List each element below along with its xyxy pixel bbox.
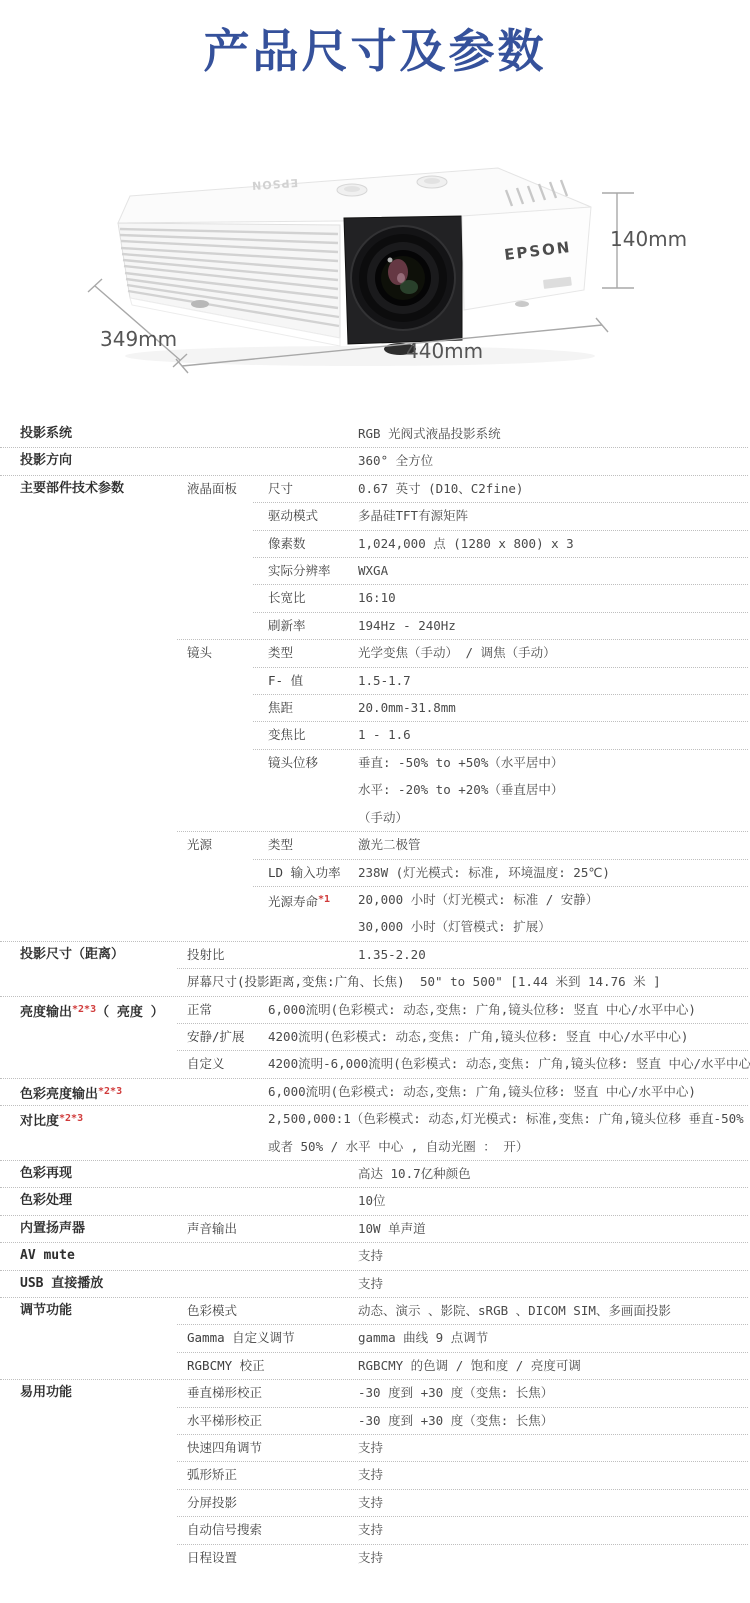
row-separator bbox=[0, 1160, 748, 1161]
spec-row: RGBCMY 校正RGBCMY 的色调 / 饱和度 / 亮度可调 bbox=[0, 1352, 750, 1379]
spec-row: 自定义4200流明-6,000流明(色彩模式: 动态,变焦: 广角,镜头位移: … bbox=[0, 1050, 750, 1077]
spec-category-label: 色彩处理 bbox=[20, 1187, 72, 1214]
spec-subcategory-label: 自动信号搜索 bbox=[187, 1516, 262, 1543]
spec-value-line: 支持 bbox=[358, 1434, 750, 1461]
spec-category-label: 投影方向 bbox=[20, 447, 72, 474]
spec-value-line: 238W (灯光模式: 标准, 环境温度: 25℃) bbox=[358, 859, 750, 886]
spec-item-label: 实际分辨率 bbox=[268, 557, 331, 584]
spec-value-cell: gamma 曲线 9 点调节 bbox=[358, 1324, 750, 1351]
spec-value-cell: 20,000 小时（灯光模式: 标准 / 安静）30,000 小时（灯管模式: … bbox=[358, 886, 750, 941]
row-separator bbox=[253, 502, 748, 503]
spec-row: 长宽比16:10 bbox=[0, 584, 750, 611]
spec-value-line: 支持 bbox=[358, 1489, 750, 1516]
row-separator bbox=[253, 694, 748, 695]
row-separator bbox=[177, 1489, 748, 1490]
spec-value-cell: 高达 10.7亿种颜色 bbox=[358, 1160, 750, 1187]
spec-value-cell: 6,000流明(色彩模式: 动态,变焦: 广角,镜头位移: 竖直 中心/水平中心… bbox=[268, 996, 750, 1023]
projector-figure: EPSON bbox=[0, 128, 750, 393]
spec-value-line: 多晶硅TFT有源矩阵 bbox=[358, 502, 750, 529]
spec-value-line: -30 度到 +30 度（变焦: 长焦） bbox=[358, 1379, 750, 1406]
spec-subcategory-label: 声音输出 bbox=[187, 1215, 237, 1242]
spec-value-line: 4200流明-6,000流明(色彩模式: 动态,变焦: 广角,镜头位移: 竖直 … bbox=[268, 1050, 750, 1077]
spec-value-line: 动态、演示 、影院、sRGB 、DICOM SIM、多画面投影 bbox=[358, 1297, 750, 1324]
spec-value-cell: 动态、演示 、影院、sRGB 、DICOM SIM、多画面投影 bbox=[358, 1297, 750, 1324]
spec-value-cell: RGBCMY 的色调 / 饱和度 / 亮度可调 bbox=[358, 1352, 750, 1379]
spec-value-line: （手动） bbox=[358, 804, 750, 831]
spec-row: 镜头位移垂直: -50% to +50%（水平居中）水平: -20% to +2… bbox=[0, 749, 750, 831]
spec-value-cell: 垂直: -50% to +50%（水平居中）水平: -20% to +20%（垂… bbox=[358, 749, 750, 831]
spec-row: 屏幕尺寸(投影距离,变焦:广角、长焦)50" to 500" [1.44 米到 … bbox=[0, 968, 750, 995]
spec-row: 镜头类型光学变焦（手动） / 调焦（手动） bbox=[0, 639, 750, 666]
spec-value-line: 1 - 1.6 bbox=[358, 721, 750, 748]
spec-value-line: 10位 bbox=[358, 1187, 750, 1214]
spec-row: 色彩亮度输出*2*36,000流明(色彩模式: 动态,变焦: 广角,镜头位移: … bbox=[0, 1078, 750, 1105]
spec-row: AV mute支持 bbox=[0, 1242, 750, 1269]
spec-subcategory-label: Gamma 自定义调节 bbox=[187, 1324, 295, 1351]
spec-value-line: 360° 全方位 bbox=[358, 447, 750, 474]
row-separator bbox=[177, 1023, 748, 1024]
lens-icon bbox=[351, 226, 455, 330]
spec-category-label: 对比度*2*3 bbox=[20, 1105, 83, 1135]
spec-category-label: 亮度输出*2*3（ 亮度 ） bbox=[20, 996, 164, 1026]
row-separator bbox=[0, 1215, 748, 1216]
spec-value-cell: 6,000流明(色彩模式: 动态,变焦: 广角,镜头位移: 竖直 中心/水平中心… bbox=[268, 1078, 750, 1105]
spec-value-line: 16:10 bbox=[358, 584, 750, 611]
spec-row: 驱动模式多晶硅TFT有源矩阵 bbox=[0, 502, 750, 529]
row-separator bbox=[253, 667, 748, 668]
spec-subcategory-label: 水平梯形校正 bbox=[187, 1407, 262, 1434]
spec-subcategory-label: 弧形矫正 bbox=[187, 1461, 237, 1488]
spec-value-line: 0.67 英寸 (D10、C2fine) bbox=[358, 475, 750, 502]
spec-value-cell: 支持 bbox=[358, 1461, 750, 1488]
spec-value-cell: 1.35-2.20 bbox=[358, 941, 750, 968]
spec-item-label: F- 值 bbox=[268, 667, 303, 694]
spec-row: 光源寿命*120,000 小时（灯光模式: 标准 / 安静）30,000 小时（… bbox=[0, 886, 750, 941]
spec-value-cell: 支持 bbox=[358, 1516, 750, 1543]
spec-item-label: 变焦比 bbox=[268, 721, 306, 748]
row-separator bbox=[253, 530, 748, 531]
spec-item-label: 焦距 bbox=[268, 694, 293, 721]
row-separator bbox=[177, 1434, 748, 1435]
row-separator bbox=[0, 1297, 748, 1298]
spec-value-line: 50" to 500" [1.44 米到 14.76 米 ] bbox=[420, 968, 750, 995]
spec-row: 投影尺寸（距离）投射比1.35-2.20 bbox=[0, 941, 750, 968]
spec-item-label: 类型 bbox=[268, 831, 293, 858]
spec-value-line: RGB 光阀式液晶投影系统 bbox=[358, 420, 750, 447]
spec-row: 投影方向360° 全方位 bbox=[0, 447, 750, 474]
footnote-marker: *1 bbox=[318, 894, 330, 905]
spec-category-label: 易用功能 bbox=[20, 1379, 72, 1406]
spec-row: 调节功能色彩模式动态、演示 、影院、sRGB 、DICOM SIM、多画面投影 bbox=[0, 1297, 750, 1324]
spec-subcategory-label: 日程设置 bbox=[187, 1544, 237, 1571]
spec-subcategory-label: 正常 bbox=[187, 996, 212, 1023]
spec-value-cell: 1,024,000 点 (1280 x 800) x 3 bbox=[358, 530, 750, 557]
spec-item-label: 像素数 bbox=[268, 530, 306, 557]
row-separator bbox=[0, 1242, 748, 1243]
spec-value-cell: 10W 单声道 bbox=[358, 1215, 750, 1242]
spec-row: 日程设置支持 bbox=[0, 1544, 750, 1571]
spec-value-line: 支持 bbox=[358, 1516, 750, 1543]
spec-category-label: 内置扬声器 bbox=[20, 1215, 85, 1242]
spec-value-cell: 4200流明(色彩模式: 动态,变焦: 广角,镜头位移: 竖直 中心/水平中心) bbox=[268, 1023, 750, 1050]
spec-row: 水平梯形校正-30 度到 +30 度（变焦: 长焦） bbox=[0, 1407, 750, 1434]
spec-value-line: 支持 bbox=[358, 1242, 750, 1269]
spec-item-label: 类型 bbox=[268, 639, 293, 666]
spec-value-line: 激光二极管 bbox=[358, 831, 750, 858]
spec-value-cell: 360° 全方位 bbox=[358, 447, 750, 474]
spec-subcategory-label: 分屏投影 bbox=[187, 1489, 237, 1516]
spec-value-line: 1.35-2.20 bbox=[358, 941, 750, 968]
spec-subcategory-label: 光源 bbox=[187, 831, 212, 858]
row-separator bbox=[177, 1544, 748, 1545]
spec-value-line: RGBCMY 的色调 / 饱和度 / 亮度可调 bbox=[358, 1352, 750, 1379]
spec-item-label: 镜头位移 bbox=[268, 749, 318, 776]
spec-category-label: 调节功能 bbox=[20, 1297, 72, 1324]
spec-row: 实际分辨率WXGA bbox=[0, 557, 750, 584]
spec-value-line: 10W 单声道 bbox=[358, 1215, 750, 1242]
spec-item-label: 光源寿命*1 bbox=[268, 886, 330, 915]
spec-value-line: 支持 bbox=[358, 1270, 750, 1297]
spec-row: 弧形矫正支持 bbox=[0, 1461, 750, 1488]
spec-subcategory-label: 镜头 bbox=[187, 639, 212, 666]
spec-row: 色彩再现高达 10.7亿种颜色 bbox=[0, 1160, 750, 1187]
spec-row: 快速四角调节支持 bbox=[0, 1434, 750, 1461]
row-separator bbox=[177, 1516, 748, 1517]
spec-subcategory-label: 屏幕尺寸(投影距离,变焦:广角、长焦) bbox=[187, 968, 405, 995]
spec-row: 亮度输出*2*3（ 亮度 ）正常6,000流明(色彩模式: 动态,变焦: 广角,… bbox=[0, 996, 750, 1023]
spec-value-line: 支持 bbox=[358, 1544, 750, 1571]
spec-item-label: LD 输入功率 bbox=[268, 859, 341, 886]
spec-value-line: 高达 10.7亿种颜色 bbox=[358, 1160, 750, 1187]
spec-item-label: 刷新率 bbox=[268, 612, 306, 639]
spec-category-label: 色彩再现 bbox=[20, 1160, 72, 1187]
spec-value-line: 光学变焦（手动） / 调焦（手动） bbox=[358, 639, 750, 666]
spec-subcategory-label: RGBCMY 校正 bbox=[187, 1352, 265, 1379]
spec-subcategory-label: 快速四角调节 bbox=[187, 1434, 262, 1461]
row-separator bbox=[253, 612, 748, 613]
spec-subcategory-label: 自定义 bbox=[187, 1050, 225, 1077]
spec-value-cell: 支持 bbox=[358, 1544, 750, 1571]
spec-value-line: 6,000流明(色彩模式: 动态,变焦: 广角,镜头位移: 竖直 中心/水平中心… bbox=[268, 996, 750, 1023]
spec-value-cell: 激光二极管 bbox=[358, 831, 750, 858]
spec-row: Gamma 自定义调节gamma 曲线 9 点调节 bbox=[0, 1324, 750, 1351]
spec-category-label: 投影系统 bbox=[20, 420, 72, 447]
spec-category-label: 主要部件技术参数 bbox=[20, 475, 124, 502]
spec-table: 投影系统RGB 光阀式液晶投影系统投影方向360° 全方位主要部件技术参数液晶面… bbox=[0, 420, 750, 1571]
page-title: 产品尺寸及参数 bbox=[0, 24, 750, 79]
spec-value-line: 4200流明(色彩模式: 动态,变焦: 广角,镜头位移: 竖直 中心/水平中心) bbox=[268, 1023, 750, 1050]
spec-value-line: gamma 曲线 9 点调节 bbox=[358, 1324, 750, 1351]
footnote-marker: *2*3 bbox=[59, 1113, 83, 1124]
spec-value-line: 194Hz - 240Hz bbox=[358, 612, 750, 639]
spec-value-line: 6,000流明(色彩模式: 动态,变焦: 广角,镜头位移: 竖直 中心/水平中心… bbox=[268, 1078, 750, 1105]
spec-subcategory-label: 液晶面板 bbox=[187, 475, 237, 502]
spec-value-cell: 10位 bbox=[358, 1187, 750, 1214]
spec-row: 主要部件技术参数液晶面板尺寸0.67 英寸 (D10、C2fine) bbox=[0, 475, 750, 502]
spec-category-label: USB 直接播放 bbox=[20, 1270, 103, 1297]
spec-value-line: 或者 50% / 水平 中心 , 自动光圈 ： 开） bbox=[268, 1133, 750, 1160]
spec-value-line: 垂直: -50% to +50%（水平居中） bbox=[358, 749, 750, 776]
row-separator bbox=[253, 584, 748, 585]
spec-row: 自动信号搜索支持 bbox=[0, 1516, 750, 1543]
spec-row: USB 直接播放支持 bbox=[0, 1270, 750, 1297]
spec-value-line: 20.0mm-31.8mm bbox=[358, 694, 750, 721]
spec-value-cell: 1 - 1.6 bbox=[358, 721, 750, 748]
dimension-label-depth: 349mm bbox=[100, 327, 177, 351]
spec-value-cell: 1.5-1.7 bbox=[358, 667, 750, 694]
spec-category-label: AV mute bbox=[20, 1242, 75, 1269]
spec-row: 焦距20.0mm-31.8mm bbox=[0, 694, 750, 721]
spec-value-line: 1.5-1.7 bbox=[358, 667, 750, 694]
spec-value-cell: RGB 光阀式液晶投影系统 bbox=[358, 420, 750, 447]
spec-subcategory-label: 投射比 bbox=[187, 941, 225, 968]
spec-value-cell: 支持 bbox=[358, 1242, 750, 1269]
spec-value-cell: 多晶硅TFT有源矩阵 bbox=[358, 502, 750, 529]
spec-row: 分屏投影支持 bbox=[0, 1489, 750, 1516]
spec-subcategory-label: 垂直梯形校正 bbox=[187, 1379, 262, 1406]
row-separator bbox=[253, 749, 748, 750]
row-separator bbox=[0, 1379, 748, 1380]
spec-value-cell: 0.67 英寸 (D10、C2fine) bbox=[358, 475, 750, 502]
spec-value-cell: 16:10 bbox=[358, 584, 750, 611]
spec-value-cell: 支持 bbox=[358, 1270, 750, 1297]
spec-row: 像素数1,024,000 点 (1280 x 800) x 3 bbox=[0, 530, 750, 557]
spec-item-label: 尺寸 bbox=[268, 475, 293, 502]
spec-subcategory-label: 色彩模式 bbox=[187, 1297, 237, 1324]
spec-value-cell: 194Hz - 240Hz bbox=[358, 612, 750, 639]
spec-row: 变焦比1 - 1.6 bbox=[0, 721, 750, 748]
spec-row: 色彩处理10位 bbox=[0, 1187, 750, 1214]
footnote-marker: *2*3 bbox=[72, 1004, 96, 1015]
row-separator bbox=[177, 1407, 748, 1408]
dimension-label-height: 140mm bbox=[610, 227, 687, 251]
spec-item-label: 驱动模式 bbox=[268, 502, 318, 529]
spec-value-line: 30,000 小时（灯管模式: 扩展） bbox=[358, 913, 750, 940]
row-separator bbox=[0, 447, 748, 448]
spec-value-line: 1,024,000 点 (1280 x 800) x 3 bbox=[358, 530, 750, 557]
spec-row: LD 输入功率238W (灯光模式: 标准, 环境温度: 25℃) bbox=[0, 859, 750, 886]
row-separator bbox=[0, 1270, 748, 1271]
spec-value-cell: -30 度到 +30 度（变焦: 长焦） bbox=[358, 1379, 750, 1406]
spec-value-cell: 4200流明-6,000流明(色彩模式: 动态,变焦: 广角,镜头位移: 竖直 … bbox=[268, 1050, 750, 1077]
spec-value-cell: 50" to 500" [1.44 米到 14.76 米 ] bbox=[420, 968, 750, 995]
spec-subcategory-label: 安静/扩展 bbox=[187, 1023, 245, 1050]
spec-value-line: WXGA bbox=[358, 557, 750, 584]
spec-value-cell: 238W (灯光模式: 标准, 环境温度: 25℃) bbox=[358, 859, 750, 886]
spec-category-label: 色彩亮度输出*2*3 bbox=[20, 1078, 122, 1108]
spec-row: 光源类型激光二极管 bbox=[0, 831, 750, 858]
row-separator bbox=[253, 721, 748, 722]
spec-value-line: 水平: -20% to +20%（垂直居中） bbox=[358, 776, 750, 803]
spec-value-line: 2,500,000:1（色彩模式: 动态,灯光模式: 标准,变焦: 广角,镜头位… bbox=[268, 1105, 750, 1132]
spec-value-cell: WXGA bbox=[358, 557, 750, 584]
spec-row: F- 值1.5-1.7 bbox=[0, 667, 750, 694]
spec-row: 内置扬声器声音输出10W 单声道 bbox=[0, 1215, 750, 1242]
row-separator bbox=[0, 1105, 748, 1106]
spec-value-line: 支持 bbox=[358, 1461, 750, 1488]
spec-row: 易用功能垂直梯形校正-30 度到 +30 度（变焦: 长焦） bbox=[0, 1379, 750, 1406]
row-separator bbox=[177, 1050, 748, 1051]
spec-value-cell: 光学变焦（手动） / 调焦（手动） bbox=[358, 639, 750, 666]
spec-value-cell: 20.0mm-31.8mm bbox=[358, 694, 750, 721]
projector-illustration: EPSON bbox=[0, 128, 750, 393]
spec-value-cell: -30 度到 +30 度（变焦: 长焦） bbox=[358, 1407, 750, 1434]
spec-row: 刷新率194Hz - 240Hz bbox=[0, 612, 750, 639]
row-separator bbox=[177, 831, 748, 832]
dimension-label-width: 440mm bbox=[406, 339, 483, 363]
spec-value-line: 20,000 小时（灯光模式: 标准 / 安静） bbox=[358, 886, 750, 913]
footnote-marker: *2*3 bbox=[98, 1086, 122, 1097]
row-separator bbox=[177, 1461, 748, 1462]
spec-value-cell: 2,500,000:1（色彩模式: 动态,灯光模式: 标准,变焦: 广角,镜头位… bbox=[268, 1105, 750, 1160]
row-separator bbox=[177, 639, 748, 640]
spec-row: 安静/扩展4200流明(色彩模式: 动态,变焦: 广角,镜头位移: 竖直 中心/… bbox=[0, 1023, 750, 1050]
row-separator bbox=[0, 1187, 748, 1188]
spec-value-cell: 支持 bbox=[358, 1489, 750, 1516]
spec-row: 对比度*2*32,500,000:1（色彩模式: 动态,灯光模式: 标准,变焦:… bbox=[0, 1105, 750, 1160]
spec-item-label: 长宽比 bbox=[268, 584, 306, 611]
brand-top-logo: EPSON bbox=[251, 176, 299, 192]
spec-row: 投影系统RGB 光阀式液晶投影系统 bbox=[0, 420, 750, 447]
spec-value-line: -30 度到 +30 度（变焦: 长焦） bbox=[358, 1407, 750, 1434]
spec-category-label: 投影尺寸（距离） bbox=[20, 941, 124, 968]
spec-value-cell: 支持 bbox=[358, 1434, 750, 1461]
